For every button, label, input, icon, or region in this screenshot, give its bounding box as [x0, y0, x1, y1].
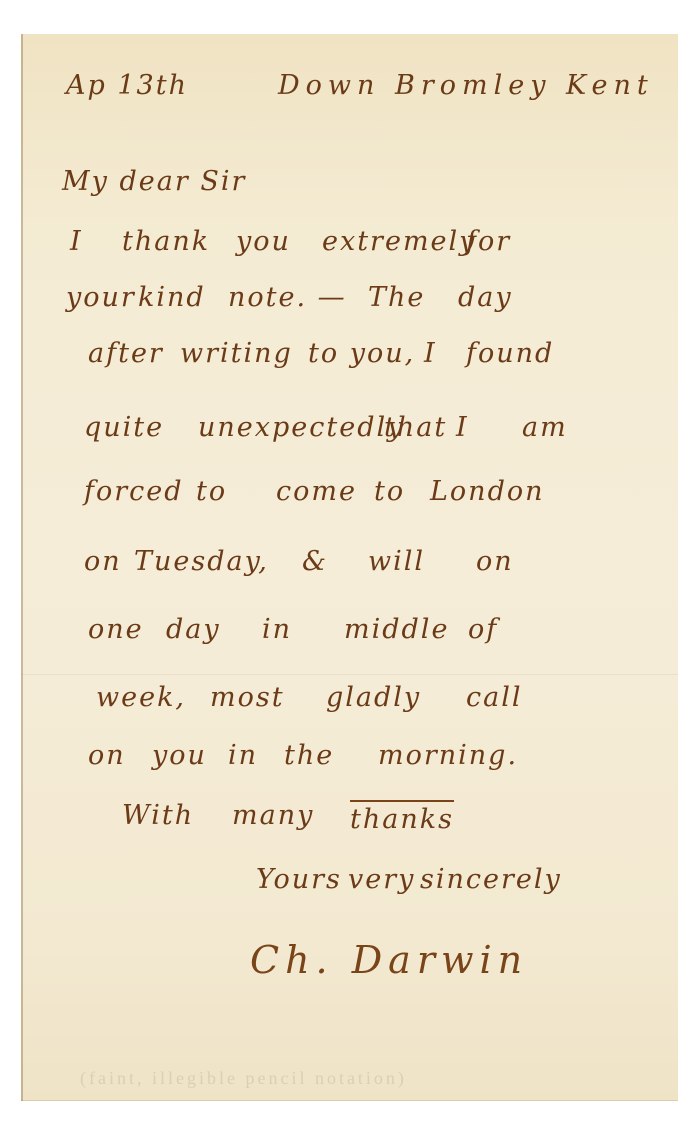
signature: Ch. Darwin [250, 938, 528, 982]
word: you [236, 226, 291, 257]
word: come [276, 476, 357, 507]
word: of [468, 614, 498, 645]
letter-address: Down Bromley Kent [278, 70, 654, 101]
word: for [466, 226, 511, 257]
word: after [88, 338, 164, 369]
word: writing [180, 338, 293, 369]
word: on [88, 740, 126, 771]
word: thanks [350, 800, 454, 835]
word: found [466, 338, 554, 369]
word: & [302, 546, 328, 577]
word: the [284, 740, 334, 771]
word: gladly [326, 682, 421, 713]
word: middle [344, 614, 449, 645]
word: I [424, 338, 437, 369]
word: extremely [322, 226, 476, 257]
word: With [122, 800, 194, 831]
word: to [196, 476, 227, 507]
word: on [84, 546, 122, 577]
salutation: My dear Sir [62, 166, 246, 197]
word: day [458, 282, 513, 313]
word: am [522, 412, 568, 443]
word: one [88, 614, 144, 645]
word: forced [84, 476, 184, 507]
word: unexpectedly [198, 412, 404, 443]
word: will [368, 546, 425, 577]
word: week, [96, 682, 186, 713]
word: note. — [228, 282, 347, 313]
word: in [228, 740, 258, 771]
word: I [70, 226, 83, 257]
word: sincerely [420, 864, 562, 895]
word: very [348, 864, 415, 895]
word: call [466, 682, 523, 713]
word: The [368, 282, 425, 313]
word: to [374, 476, 405, 507]
word: on [476, 546, 514, 577]
word: many [232, 800, 314, 831]
faint-pencil-inscription: (faint, illegible pencil notation) [80, 1068, 407, 1089]
word: most [210, 682, 285, 713]
word: thank [122, 226, 210, 257]
word: I [456, 412, 469, 443]
word: Yours [256, 864, 342, 895]
word: that [384, 412, 447, 443]
word: you [152, 740, 207, 771]
word: morning. [378, 740, 518, 771]
word: London [430, 476, 545, 507]
letter-date: Ap 13th [66, 70, 188, 101]
word: Tuesday, [134, 546, 269, 577]
word: day [166, 614, 221, 645]
word: quite [84, 412, 164, 443]
word: kind [138, 282, 206, 313]
word: in [262, 614, 292, 645]
word: your [66, 282, 136, 313]
word: to you, [308, 338, 415, 369]
